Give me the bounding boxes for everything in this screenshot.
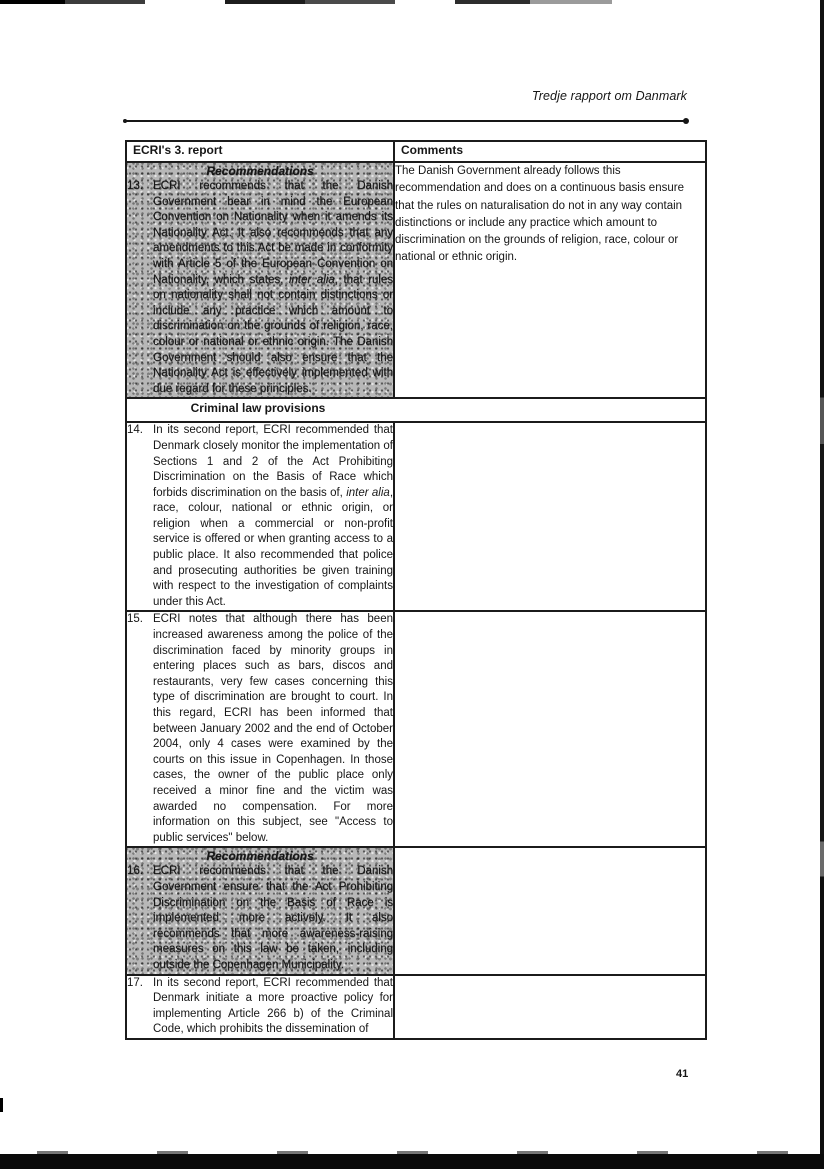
column-header-comments: Comments — [394, 141, 706, 162]
item-number: 14. — [127, 423, 153, 610]
report-cell: 15.ECRI notes that although there has be… — [126, 611, 394, 847]
table-body: Recommendations13.ECRI recommends that t… — [126, 162, 706, 1039]
scanned-document-page: Tredje rapport om Danmark ECRI's 3. repo… — [0, 0, 824, 1169]
table-row: Recommendations16.ECRI recommends that t… — [126, 847, 706, 974]
column-header-ecri-report: ECRI's 3. report — [126, 141, 394, 162]
numbered-paragraph: 17.In its second report, ECRI recommende… — [127, 976, 393, 1038]
scan-artifact-left-mark — [0, 1098, 3, 1112]
header-rule — [125, 120, 686, 122]
item-text: In its second report, ECRI recommended t… — [153, 423, 393, 610]
numbered-paragraph: 14.In its second report, ECRI recommende… — [127, 423, 393, 610]
numbered-paragraph: 13.ECRI recommends that the Danish Gover… — [127, 179, 393, 397]
item-number: 17. — [127, 976, 153, 1038]
report-cell: Recommendations13.ECRI recommends that t… — [126, 162, 394, 398]
comment-text: The Danish Government already follows th… — [395, 163, 705, 267]
item-number: 13. — [127, 179, 153, 397]
scan-artifact-top — [65, 0, 145, 4]
scan-artifact-bottom-bar — [0, 1154, 824, 1169]
table-row: 15.ECRI notes that although there has be… — [126, 611, 706, 847]
table-header-row: ECRI's 3. report Comments — [126, 141, 706, 162]
section-heading: Criminal law provisions — [127, 399, 389, 415]
running-header: Tredje rapport om Danmark — [532, 89, 687, 103]
table-row: 14.In its second report, ECRI recommende… — [126, 422, 706, 611]
numbered-paragraph: 16.ECRI recommends that the Danish Gover… — [127, 864, 393, 973]
scan-artifact-top — [530, 0, 612, 4]
scan-artifact-top — [0, 0, 65, 4]
comment-cell — [394, 847, 706, 974]
comment-cell: The Danish Government already follows th… — [394, 162, 706, 398]
comment-cell — [394, 611, 706, 847]
table-row: Criminal law provisions — [126, 398, 706, 422]
scan-artifact-top — [225, 0, 305, 4]
ecri-comments-table: ECRI's 3. report Comments Recommendation… — [125, 140, 707, 1040]
item-number: 15. — [127, 612, 153, 846]
recommendations-heading: Recommendations — [127, 848, 393, 864]
scan-artifact-right-edge — [820, 0, 824, 1169]
item-text: ECRI recommends that the Danish Governme… — [153, 179, 393, 397]
report-cell: Recommendations16.ECRI recommends that t… — [126, 847, 394, 974]
table-row: 17.In its second report, ECRI recommende… — [126, 975, 706, 1039]
comment-cell — [394, 975, 706, 1039]
scan-artifact-top — [455, 0, 530, 4]
scan-artifact-top — [305, 0, 395, 4]
item-text: In its second report, ECRI recommended t… — [153, 976, 393, 1038]
section-heading-cell: Criminal law provisions — [126, 398, 706, 422]
item-text: ECRI notes that although there has been … — [153, 612, 393, 846]
recommendations-heading: Recommendations — [127, 163, 393, 179]
numbered-paragraph: 15.ECRI notes that although there has be… — [127, 612, 393, 846]
table-row: Recommendations13.ECRI recommends that t… — [126, 162, 706, 398]
report-cell: 17.In its second report, ECRI recommende… — [126, 975, 394, 1039]
comment-cell — [394, 422, 706, 611]
page-number: 41 — [676, 1068, 688, 1080]
report-cell: 14.In its second report, ECRI recommende… — [126, 422, 394, 611]
item-number: 16. — [127, 864, 153, 973]
item-text: ECRI recommends that the Danish Governme… — [153, 864, 393, 973]
